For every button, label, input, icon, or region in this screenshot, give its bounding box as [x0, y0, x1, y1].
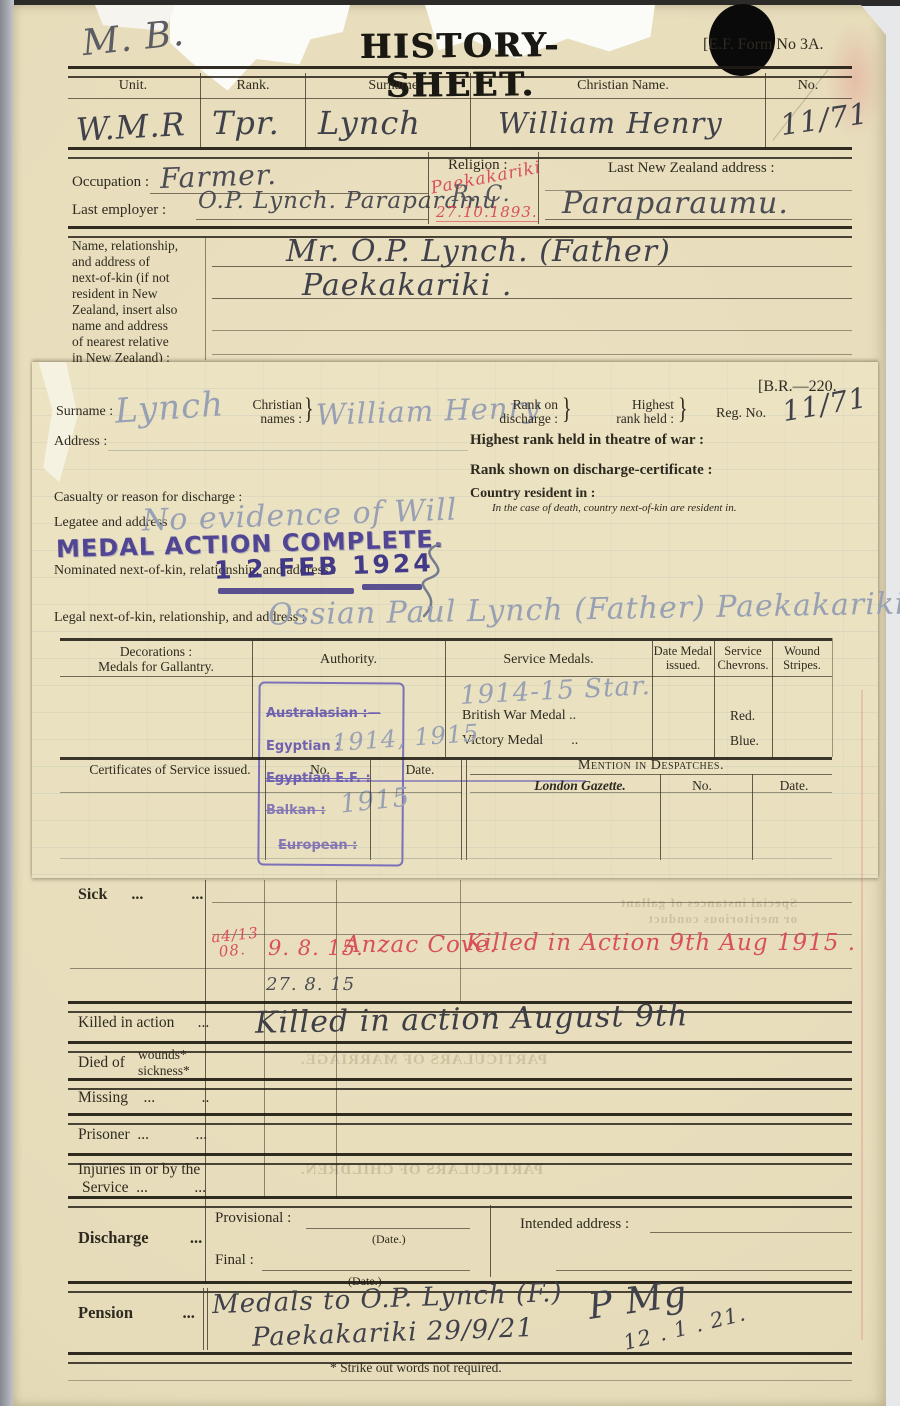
provisional-label: Provisional :: [215, 1210, 291, 1227]
label-divider: [205, 1198, 206, 1283]
stamp-line-balkan: Balkan :: [266, 803, 326, 818]
brace: }: [678, 392, 688, 427]
br-reg-no-label: Reg. No.: [716, 406, 766, 422]
certificates-date-label: Date.: [398, 762, 442, 778]
intended-address-label: Intended address :: [520, 1216, 629, 1233]
rule: [68, 98, 852, 99]
sick-date2: 27. 8. 15: [266, 974, 355, 995]
col-header-no: No.: [778, 78, 838, 94]
rule: [60, 858, 832, 859]
christian-label-line2: names :: [260, 411, 302, 426]
br-surname-label: Surname :: [56, 404, 113, 420]
ruled-line: [212, 354, 852, 355]
prisoner-label: Prisoner ... ...: [78, 1126, 207, 1144]
ruled-line: [212, 330, 852, 331]
theatre-of-war-label: Highest rank held in theatre of war :: [470, 432, 704, 449]
medals-header-service-medals: Service Medals.: [445, 652, 652, 668]
injuries-label-line2: Service ... ...: [82, 1179, 206, 1196]
table-divider: [652, 638, 653, 757]
country-note: In the case of death, country next-of-ki…: [492, 502, 736, 514]
discharge-certificate-label: Rank shown on discharge-certificate :: [470, 462, 712, 479]
column-line: [205, 880, 206, 1198]
stamp-line-egyptian: Egyptian :: [266, 739, 340, 754]
col-header-christian-name: Christian Name.: [558, 78, 688, 94]
certificates-label: Certificates of Service issued.: [80, 762, 260, 778]
label-divider: [207, 1288, 208, 1350]
write-line: [196, 219, 428, 220]
religion-stamp-date: 27.10.1893.: [436, 203, 538, 222]
discharge-label: Discharge ...: [78, 1228, 202, 1248]
br-rank-discharge-label: Rank on discharge :: [492, 398, 558, 426]
country-label: Country resident in :: [470, 486, 595, 502]
certificates-no-label: No.: [300, 762, 340, 778]
rule: [470, 792, 832, 793]
british-war-medal-label: British War Medal ..: [462, 708, 576, 724]
ghost-text: PARTICULARS OF MARRIAGE.: [300, 1052, 547, 1069]
medals-header-authority: Authority.: [252, 652, 445, 668]
rule: [68, 66, 852, 78]
rank-discharge-line1: Rank on: [513, 397, 558, 412]
scanner-left-edge: [0, 0, 14, 1406]
last-nz-address-label: Last New Zealand address :: [608, 160, 775, 177]
rule: [60, 792, 462, 793]
occupation-label: Occupation :: [72, 174, 149, 191]
rule: [68, 1196, 852, 1208]
sick-label: Sick ... ...: [78, 886, 203, 904]
table-divider: [252, 638, 253, 757]
medals-header-date-issued: Date Medal issued.: [652, 644, 714, 672]
last-employer-label: Last employer :: [72, 202, 166, 219]
ruled-line: [212, 266, 852, 267]
ghost-text: Special instances of gallant or meritori…: [620, 895, 797, 927]
provisional-date-note: (Date.): [372, 1232, 406, 1247]
scanned-history-sheet: M. B. HISTORY-SHEET. [E.F. Form No 3A. U…: [0, 0, 900, 1406]
br-christian-label: Christian names :: [246, 398, 302, 426]
brace: }: [562, 392, 572, 427]
sick-note-red: Killed in Action 9th Aug 1915 .: [466, 930, 856, 956]
table-divider: [200, 73, 201, 148]
injuries-label: Injuries in or by the Service ... ...: [78, 1161, 206, 1197]
col-header-unit: Unit.: [98, 78, 168, 94]
bracket-line: [490, 1205, 491, 1277]
table-divider: [466, 757, 467, 860]
label-divider: [205, 236, 206, 360]
col-header-rank: Rank.: [218, 78, 288, 94]
medals-header-decorations: Decorations : Medals for Gallantry.: [70, 644, 242, 674]
religion-box-border: [428, 152, 429, 224]
footer-note: * Strike out words not required.: [330, 1360, 502, 1376]
surname-value: Lynch: [318, 104, 421, 142]
mention-despatches-header: Mention in Despatches.: [470, 758, 832, 774]
unit-value: W.M.R: [75, 105, 186, 149]
highest-rank-line2: rank held :: [616, 411, 674, 426]
table-divider: [765, 73, 766, 148]
table-divider: [660, 774, 661, 860]
next-of-kin-label: Name, relationship, and address of next-…: [72, 238, 208, 366]
died-of-label: Died of: [78, 1054, 125, 1072]
died-sickness-option: sickness*: [138, 1063, 190, 1079]
write-line: [306, 1228, 470, 1229]
faint-line: [108, 450, 468, 451]
medals-header-wound-stripes: Wound Stripes.: [772, 644, 832, 672]
ruled-line: [212, 298, 852, 299]
table-divider: [461, 757, 462, 860]
medals-header-chevrons: Service Chevrons.: [714, 644, 772, 672]
ruled-line: [212, 902, 852, 903]
table-divider: [752, 774, 753, 860]
write-line: [556, 1270, 852, 1271]
write-line: [650, 1232, 852, 1233]
red-margin-bleed: [861, 690, 863, 1340]
rule: [470, 774, 832, 775]
br-surname-value: Lynch: [114, 384, 226, 432]
died-wounds-option: wounds*: [138, 1047, 187, 1063]
brace: }: [304, 392, 314, 427]
rule: [60, 676, 832, 677]
table-divider: [305, 73, 306, 148]
rule: [68, 1113, 852, 1125]
table-divider: [772, 638, 773, 757]
col-header-surname: Surname.: [350, 78, 440, 94]
table-divider: [470, 73, 471, 148]
highest-rank-line1: Highest: [632, 397, 674, 412]
stamp-bar: [218, 588, 354, 594]
rank-discharge-line2: discharge :: [499, 411, 558, 426]
table-divider: [370, 757, 371, 860]
chevron-blue-label: Blue.: [730, 733, 759, 749]
last-nz-address-value: Paraparaumu.: [562, 186, 789, 221]
br-highest-rank-label: Highest rank held :: [608, 398, 674, 426]
table-divider: [714, 638, 715, 757]
ruled-line: [70, 968, 852, 969]
write-line: [262, 1270, 470, 1271]
write-line: [545, 219, 852, 220]
table-divider: [832, 638, 833, 757]
rule: [68, 1380, 852, 1381]
killed-in-action-label: Killed in action ...: [78, 1014, 209, 1032]
nok-value-line1: Mr. O.P. Lynch. (Father): [286, 234, 671, 269]
final-label: Final :: [215, 1252, 254, 1269]
chevron-red-label: Red.: [730, 708, 755, 724]
christian-label-line1: Christian: [253, 397, 303, 412]
christian-name-value: William Henry: [498, 106, 723, 140]
label-divider: [203, 1288, 204, 1350]
injuries-label-line1: Injuries in or by the: [78, 1161, 200, 1178]
sick-ref-line2: 08.: [218, 940, 247, 961]
br-address-label: Address :: [54, 434, 107, 450]
form-number: [E.F. Form No 3A.: [703, 36, 824, 54]
stamp-line-european: European :: [278, 838, 357, 853]
sick-ref-red: a4/13 08.: [211, 926, 262, 961]
table-divider: [265, 757, 266, 860]
rule: [60, 638, 832, 641]
rank-value: Tpr.: [212, 104, 280, 142]
missing-label: Missing ... ..: [78, 1089, 209, 1107]
stamp-line-australasian: Australasian :—: [266, 706, 381, 721]
pension-label: Pension ...: [78, 1303, 195, 1323]
